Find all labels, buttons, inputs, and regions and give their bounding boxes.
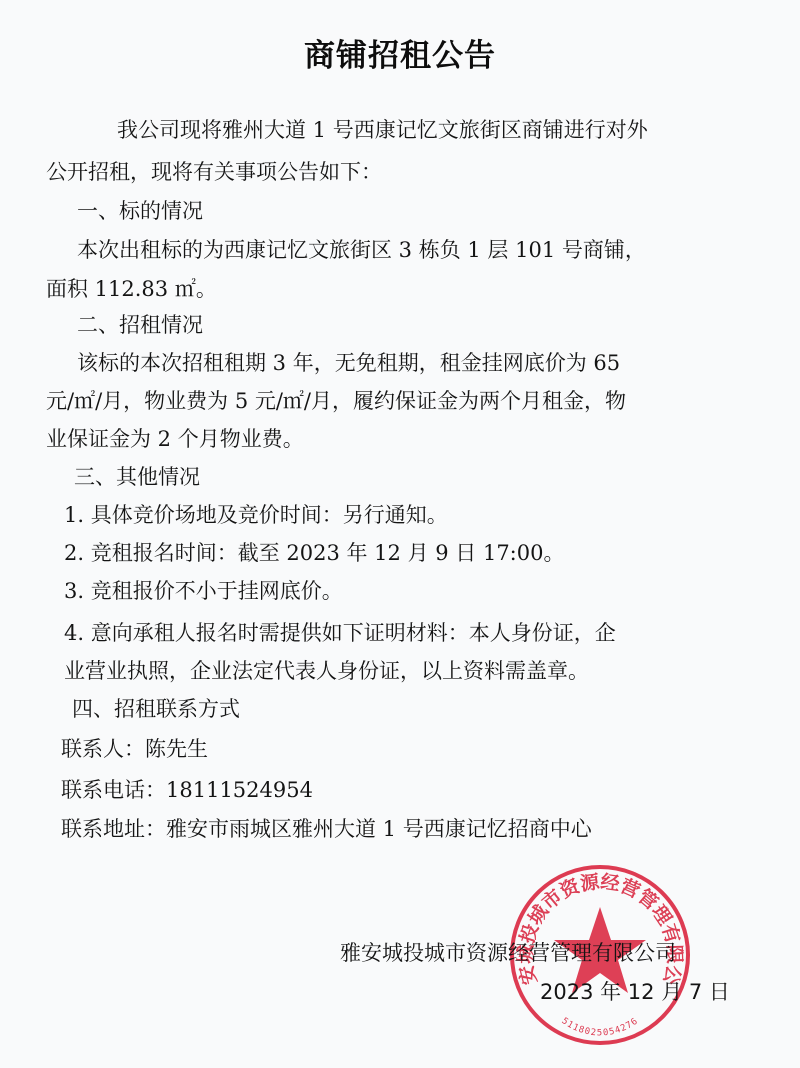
section-2-heading: 二、招租情况	[77, 311, 203, 339]
section-3-item-4-continued: 业营业执照，企业法定代表人身份证，以上资料需盖章。	[64, 657, 589, 685]
section-2-line-1: 该标的本次招租租期 3 年，无免租期，租金挂网底价为 65	[77, 349, 620, 377]
contact-person: 联系人：陈先生	[61, 735, 208, 763]
contact-phone: 联系电话：18111524954	[61, 776, 313, 804]
section-3-item-1: 1. 具体竞价场地及竞价时间：另行通知。	[64, 501, 448, 529]
section-4-heading: 四、招租联系方式	[72, 695, 240, 723]
intro-line-2: 公开招租，现将有关事项公告如下：	[46, 158, 382, 186]
section-1-line-1: 本次出租标的为西康记忆文旅街区 3 栋负 1 层 101 号商铺，	[77, 236, 646, 264]
section-2-line-3: 业保证金为 2 个月物业费。	[46, 425, 304, 453]
section-3-item-3: 3. 竞租报价不小于挂网底价。	[64, 577, 343, 605]
intro-line-1: 我公司现将雅州大道 1 号西康记忆文旅街区商铺进行对外	[117, 116, 648, 144]
svg-text:5118025054276: 5118025054276	[559, 1016, 640, 1038]
section-1-heading: 一、标的情况	[77, 197, 203, 225]
signature-company: 雅安城投城市资源经营管理有限公司	[340, 937, 676, 967]
section-3-item-2: 2. 竞租报名时间：截至 2023 年 12 月 9 日 17:00。	[64, 539, 564, 567]
section-2-line-2: 元/㎡/月，物业费为 5 元/㎡/月，履约保证金为两个月租金，物	[46, 387, 626, 415]
section-3-heading: 三、其他情况	[74, 463, 200, 491]
document-title: 商铺招租公告	[0, 30, 800, 75]
signature-date: 2023 年 12 月 7 日	[540, 976, 730, 1006]
section-1-line-2: 面积 112.83 ㎡。	[46, 275, 217, 303]
section-3-item-4: 4. 意向承租人报名时需提供如下证明材料：本人身份证，企	[64, 619, 616, 647]
announcement-page: 商铺招租公告 我公司现将雅州大道 1 号西康记忆文旅街区商铺进行对外 公开招租，…	[0, 0, 800, 1068]
contact-address: 联系地址：雅安市雨城区雅州大道 1 号西康记忆招商中心	[61, 815, 592, 843]
